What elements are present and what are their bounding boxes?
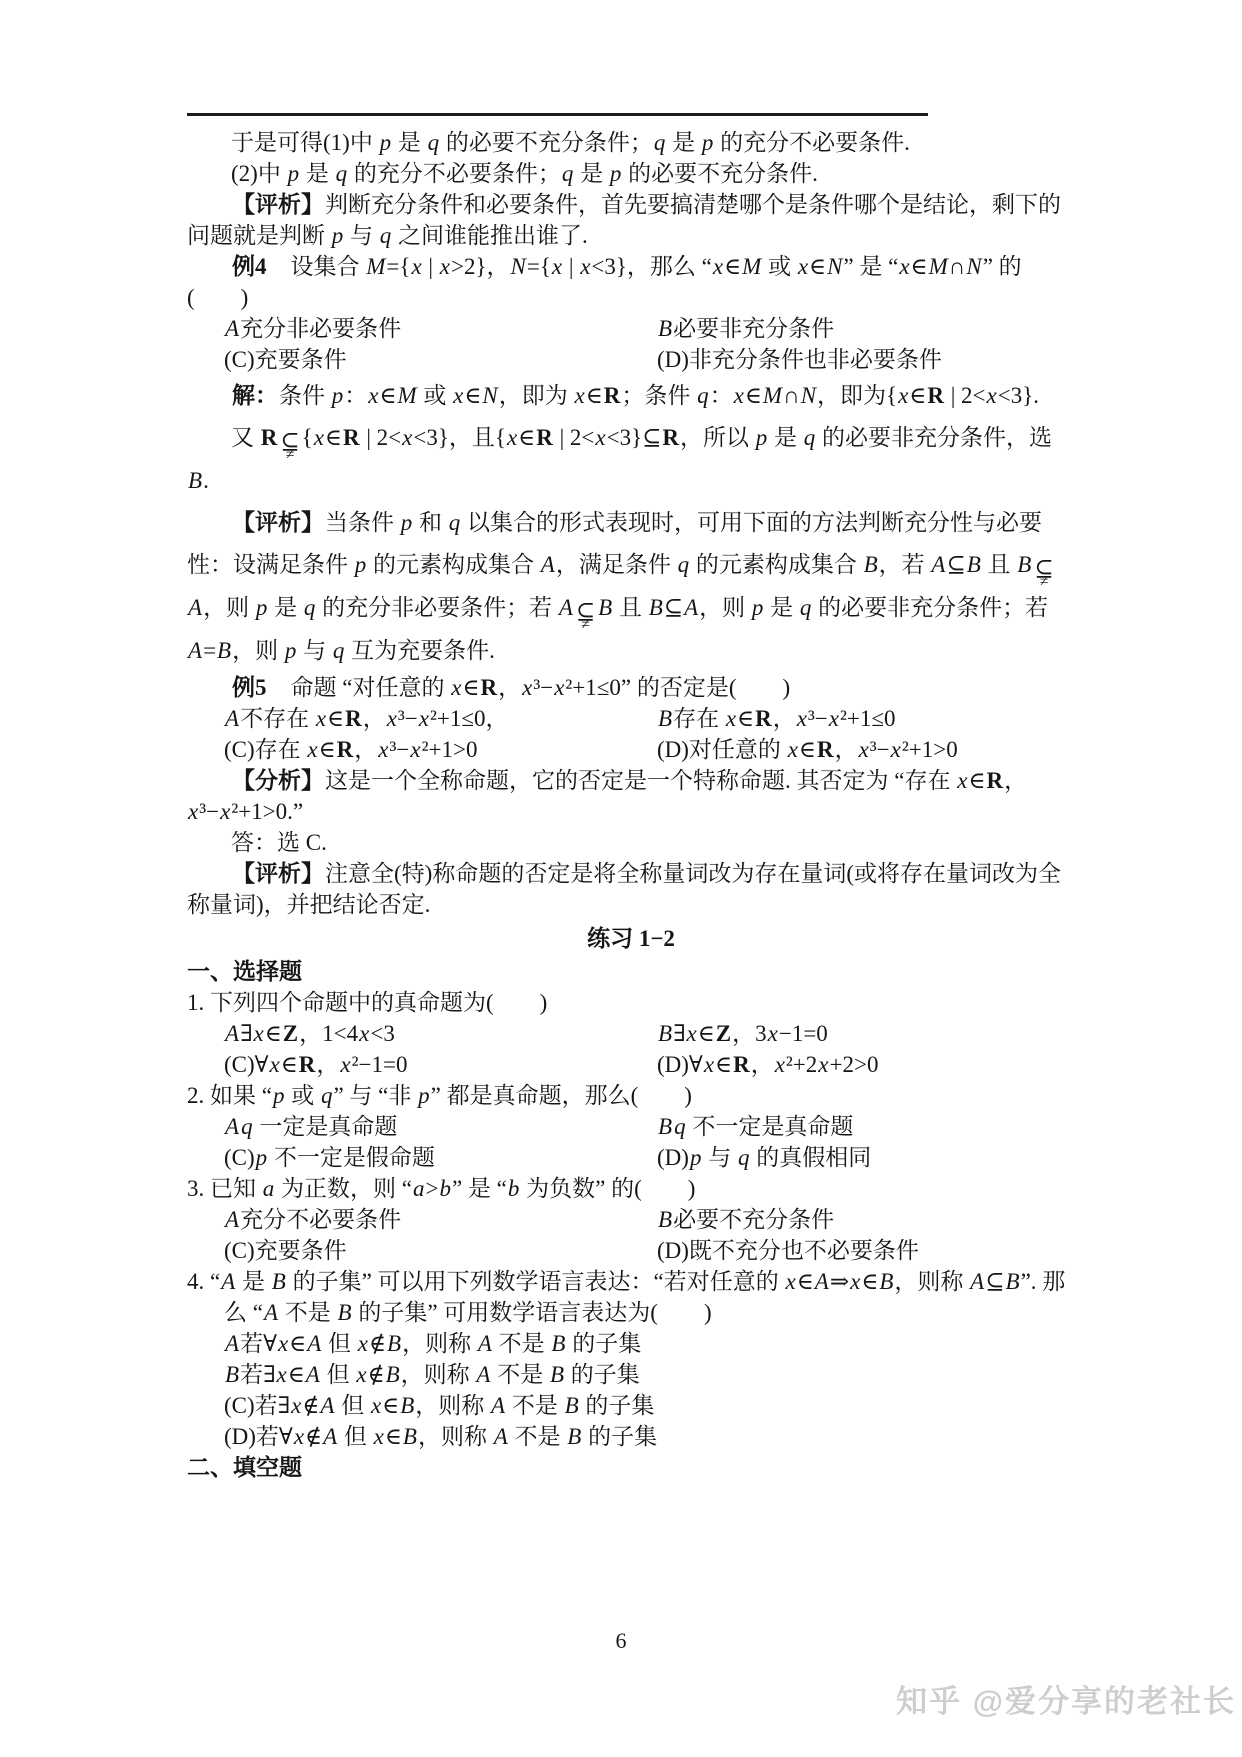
paragraph: 【评析】当条件 p 和 q 以集合的形式表现时，可用下面的方法判断充分性与必要性… [187, 502, 1075, 672]
options-grid: A∃x∈Z，1<4x<3B∃x∈Z，3x−1=0(C)∀x∈R，x²−1… [187, 1018, 1075, 1080]
option: (C)若∃x∉A 但 x∈B，则称 A 不是 B 的子集 [224, 1390, 1075, 1421]
section-heading: 一、选择题 [187, 956, 1075, 987]
document-page: 于是可得(1)中 p 是 q 的必要不充分条件；q 是 p 的充分不必要条件.(… [0, 0, 1242, 1757]
options-grid: A不存在 x∈R，x³−x²+1≤0，B存在 x∈R，x³−x²+1≤0… [187, 703, 1075, 765]
paragraph-label: 解： [231, 383, 279, 408]
option: A不存在 x∈R，x³−x²+1≤0， [224, 703, 657, 734]
subset-not-equal-symbol: ⊆≠ [576, 602, 595, 630]
paragraph-label: 例5 [231, 675, 291, 700]
paragraph-label: 【评析】 [231, 510, 325, 535]
options-grid: A充分非必要条件B必要非充分条件(C)充要条件(D)非充分条件也非必要条… [187, 313, 1075, 375]
paragraph: 又 R⊆≠{x∈R | 2<x<3}，且{x∈R | 2<x<3}⊆R，所以 p… [187, 417, 1075, 502]
option: (D)p 与 q 的真假相同 [657, 1142, 1075, 1173]
paragraph-label: 【分析】 [231, 768, 325, 793]
paragraph: ( ) [187, 282, 1075, 313]
paragraph: 答：选 C. [187, 827, 1075, 858]
option: B若∃x∈A 但 x∉B，则称 A 不是 B 的子集 [224, 1359, 1075, 1390]
option: (C)∀x∈R，x²−1=0 [224, 1049, 657, 1080]
option: A∃x∈Z，1<4x<3 [224, 1018, 657, 1049]
option: A充分不必要条件 [224, 1204, 657, 1235]
subset-not-equal-symbol: ⊆≠ [280, 432, 299, 460]
options-grid: Aq 一定是真命题Bq 不一定是真命题(C)p 不一定是假命题(D)p … [187, 1111, 1075, 1173]
paragraph: 【分析】这是一个全称命题，它的否定是一个特称命题. 其否定为 “存在 x∈R，x… [187, 765, 1075, 827]
paragraph-label: 【评析】 [231, 861, 325, 886]
paragraph: 于是可得(1)中 p 是 q 的必要不充分条件；q 是 p 的充分不必要条件. [187, 127, 1075, 158]
paragraph: 【评析】判断充分条件和必要条件，首先要搞清楚哪个是条件哪个是结论，剩下的问题就是… [187, 189, 1075, 251]
page-number: 6 [0, 1628, 1242, 1654]
option: (C)充要条件 [224, 344, 657, 375]
content-blocks: 于是可得(1)中 p 是 q 的必要不充分条件；q 是 p 的充分不必要条件.(… [187, 127, 1075, 1483]
option: B必要非充分条件 [657, 313, 1075, 344]
option: B存在 x∈R，x³−x²+1≤0 [657, 703, 1075, 734]
paragraph: 例5 命题 “对任意的 x∈R，x³−x²+1≤0” 的否定是( ) [187, 672, 1075, 703]
option: (C)充要条件 [224, 1235, 657, 1266]
option: B∃x∈Z，3x−1=0 [657, 1018, 1075, 1049]
paragraph-label: 例4 [231, 254, 291, 279]
question: 3. 已知 a 为正数，则 “a>b” 是 “b 为负数” 的( ) [187, 1173, 1075, 1204]
question: 4. “A 是 B 的子集” 可以用下列数学语言表达：“若对任意的 x∈A⇒x∈… [187, 1266, 1075, 1328]
question: 2. 如果 “p 或 q” 与 “非 p” 都是真命题，那么( ) [187, 1080, 1075, 1111]
option: Bq 不一定是真命题 [657, 1111, 1075, 1142]
page-rule [187, 113, 928, 116]
question: 1. 下列四个命题中的真命题为( ) [187, 987, 1075, 1018]
section-heading: 二、填空题 [187, 1452, 1075, 1483]
paragraph: (2)中 p 是 q 的充分不必要条件；q 是 p 的必要不充分条件. [187, 158, 1075, 189]
option: A若∀x∈A 但 x∉B，则称 A 不是 B 的子集 [224, 1328, 1075, 1359]
question-number: 4. [187, 1266, 204, 1297]
paragraph-label: 【评析】 [231, 192, 325, 217]
exercise-heading: 练习 1−2 [187, 923, 1075, 954]
option: (D)对任意的 x∈R，x³−x²+1>0 [657, 734, 1075, 765]
question-number: 3. [187, 1173, 204, 1204]
paragraph: 【评析】注意全(特)称命题的否定是将全称量词改为存在量词(或将存在量词改为全称量… [187, 858, 1075, 920]
option: Aq 一定是真命题 [224, 1111, 657, 1142]
option: (D)若∀x∉A 但 x∈B，则称 A 不是 B 的子集 [224, 1421, 1075, 1452]
option: (C)存在 x∈R，x³−x²+1>0 [224, 734, 657, 765]
question-number: 2. [187, 1080, 204, 1111]
paragraph: 解：条件 p：x∈M 或 x∈N，即为 x∈R；条件 q：x∈M∩N，即为{x∈… [187, 375, 1075, 417]
subset-not-equal-symbol: ⊆≠ [1034, 559, 1053, 587]
options-grid: A充分不必要条件B必要不充分条件(C)充要条件(D)既不充分也不必要条件 [187, 1204, 1075, 1266]
option: (C)p 不一定是假命题 [224, 1142, 657, 1173]
question-number: 1. [187, 987, 204, 1018]
paragraph: 例4 设集合 M={x | x>2}，N={x | x<3}，那么 “x∈M 或… [187, 251, 1075, 282]
options-list: A若∀x∈A 但 x∉B，则称 A 不是 B 的子集B若∃x∈A 但 x… [187, 1328, 1075, 1452]
option: (D)∀x∈R，x²+2x+2>0 [657, 1049, 1075, 1080]
watermark: 知乎 @爱分享的老社长 [896, 1676, 1236, 1721]
option: (D)既不充分也不必要条件 [657, 1235, 1075, 1266]
option: B必要不充分条件 [657, 1204, 1075, 1235]
option: A充分非必要条件 [224, 313, 657, 344]
option: (D)非充分条件也非必要条件 [657, 344, 1075, 375]
